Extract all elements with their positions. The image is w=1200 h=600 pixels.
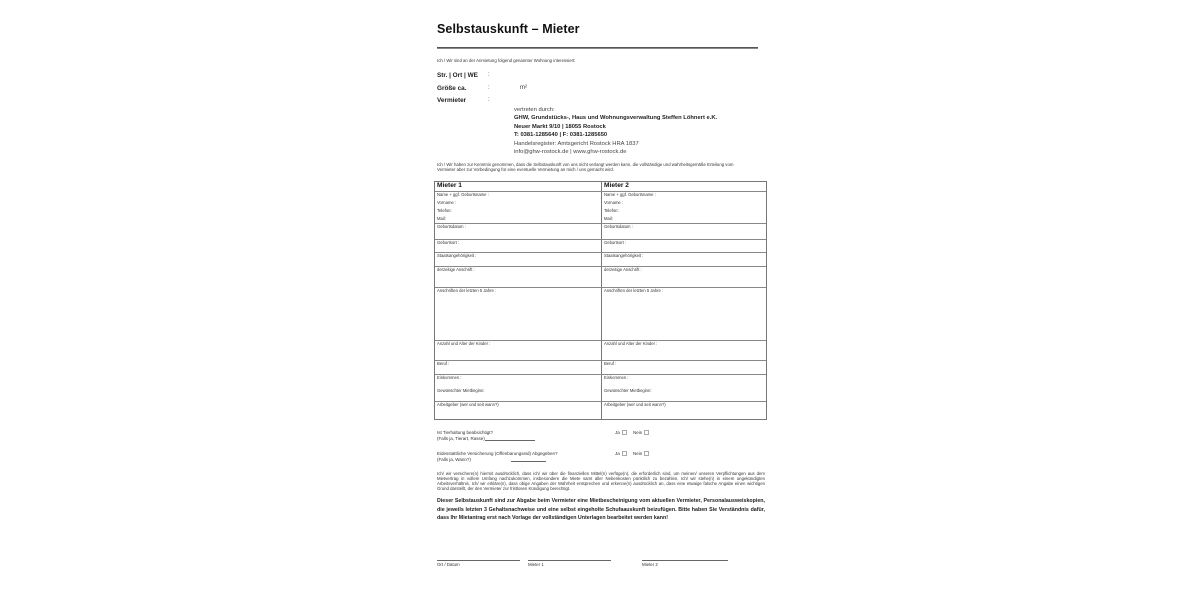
tenant-2-birthplace[interactable]: Geburtsort :	[604, 240, 626, 245]
checkbox-icon[interactable]	[644, 430, 649, 435]
tenant-2-phone[interactable]: Telefon:	[604, 208, 619, 213]
pets-yes-option[interactable]: Ja	[615, 430, 627, 436]
tenant-1-income[interactable]: Einkommen :	[437, 375, 461, 380]
question-pets-sub: (Falls ja, Tierart, Rasse)	[437, 436, 485, 441]
landlord-block: vertreten durch: GHW, Grundstücks-, Haus…	[514, 106, 717, 156]
pets-answer-line[interactable]	[485, 436, 535, 441]
tenant-2-previous-addresses[interactable]: Anschriften der letzten 5 Jahre :	[604, 288, 663, 293]
signature-label-place-date: Ort / Datum	[437, 562, 460, 567]
field-colon: :	[488, 97, 490, 103]
tenant-table: Mieter 1 Name + ggf. Geburtsname : Vorna…	[434, 181, 767, 420]
tenant-2-children[interactable]: Anzahl und Alter der Kinder :	[604, 341, 657, 346]
notice-text: Ich / Wir haben zur Kenntnis genommen, d…	[437, 162, 768, 173]
tenant-1-mail[interactable]: Mail:	[437, 216, 446, 221]
checkbox-icon[interactable]	[644, 451, 649, 456]
affidavit-no-option[interactable]: Nein	[633, 451, 649, 457]
landlord-contact: info@ghw-rostock.de | www.ghw-rostock.de	[514, 148, 717, 156]
yes-label: Ja	[615, 451, 620, 456]
tenant-2-name[interactable]: Name + ggf. Geburtsname :	[604, 192, 656, 197]
size-unit: m²	[520, 85, 527, 91]
tenant-2-column: Mieter 2 Name + ggf. Geburtsname : Vorna…	[602, 182, 768, 419]
tenant-1-current-address[interactable]: derzeitige Anschrift :	[437, 267, 475, 272]
field-colon: :	[488, 85, 490, 91]
pets-no-option[interactable]: Nein	[633, 430, 649, 436]
tenant-1-name[interactable]: Name + ggf. Geburtsname :	[437, 192, 489, 197]
tenant-1-column: Mieter 1 Name + ggf. Geburtsname : Vorna…	[435, 182, 601, 419]
tenant-1-phone[interactable]: Telefon:	[437, 208, 452, 213]
landlord-register: Handelsregister: Amtsgericht Rostock HRA…	[514, 140, 717, 148]
yes-label: Ja	[615, 430, 620, 435]
tenant-2-nationality[interactable]: Staatsangehörigkeit :	[604, 253, 643, 258]
declaration-text: Ich/ wir versichere(n) hiermit ausdrückl…	[437, 471, 765, 491]
field-colon: :	[488, 72, 490, 78]
tenant-2-birthdate[interactable]: Geburtsdatum :	[604, 224, 633, 229]
represented-by: vertreten durch:	[514, 106, 717, 114]
tenant-2-header: Mieter 2	[604, 182, 629, 189]
field-label-size: Größe ca.	[437, 85, 466, 92]
signature-line-place-date[interactable]	[437, 560, 520, 561]
signature-line-tenant-1[interactable]	[528, 560, 611, 561]
question-affidavit: Eidesstattliche Versicherung (Offenbarun…	[437, 451, 558, 462]
tenant-2-current-address[interactable]: derzeitige Anschrift :	[604, 267, 642, 272]
landlord-phone-fax: T: 0381-1285640 | F: 0381-1285650	[514, 131, 717, 139]
form-page: Selbstauskunft – Mieter Ich / Wir sind a…	[437, 0, 768, 600]
question-affidavit-sub: (Falls ja, Wann?)	[437, 457, 471, 462]
tenant-1-move-in[interactable]: Gewünschter Mietbeginn:	[437, 388, 484, 393]
no-label: Nein	[633, 451, 642, 456]
landlord-company: GHW, Grundstücks-, Haus und Wohnungsverw…	[514, 114, 717, 122]
affidavit-answer-line[interactable]	[511, 457, 546, 462]
size-field[interactable]	[497, 84, 517, 92]
affidavit-yes-option[interactable]: Ja	[615, 451, 627, 457]
requirements-text: Dieser Selbstauskunft sind zur Abgabe be…	[437, 497, 765, 523]
field-label-address: Str. | Ort | WE	[437, 72, 478, 79]
tenant-2-mail[interactable]: Mail:	[604, 216, 613, 221]
landlord-address: Neuer Markt 9/10 | 18055 Rostock	[514, 123, 717, 131]
tenant-2-income[interactable]: Einkommen :	[604, 375, 628, 380]
checkbox-icon[interactable]	[622, 451, 627, 456]
tenant-1-firstname[interactable]: Vorname :	[437, 200, 456, 205]
page-title: Selbstauskunft – Mieter	[437, 22, 580, 36]
tenant-1-header: Mieter 1	[437, 182, 462, 189]
tenant-2-occupation[interactable]: Beruf :	[604, 361, 616, 366]
field-label-landlord: Vermieter	[437, 97, 466, 104]
address-field[interactable]	[497, 71, 757, 79]
tenant-1-occupation[interactable]: Beruf :	[437, 361, 449, 366]
tenant-1-birthdate[interactable]: Geburtsdatum :	[437, 224, 466, 229]
tenant-1-children[interactable]: Anzahl und Alter der Kinder :	[437, 341, 490, 346]
intro-text: Ich / Wir sind an der Anmietung folgend …	[437, 58, 575, 63]
title-divider	[437, 47, 758, 49]
signature-label-tenant-1: Mieter 1	[528, 562, 544, 567]
tenant-1-birthplace[interactable]: Geburtsort :	[437, 240, 459, 245]
tenant-2-move-in[interactable]: Gewünschter Mietbeginn:	[604, 388, 651, 393]
tenant-2-employer[interactable]: Arbeitgeber (wer und seit wann?)	[604, 402, 666, 407]
tenant-1-employer[interactable]: Arbeitgeber (wer und seit wann?)	[437, 402, 499, 407]
notice-line: Vermieter aber zur Vorbedingung für eine…	[437, 167, 768, 172]
tenant-1-previous-addresses[interactable]: Anschriften der letzten 5 Jahre :	[437, 288, 496, 293]
checkbox-icon[interactable]	[622, 430, 627, 435]
no-label: Nein	[633, 430, 642, 435]
question-pets: Ist Tierhaltung beabsichtigt? (Falls ja,…	[437, 430, 535, 441]
signature-line-tenant-2[interactable]	[642, 560, 728, 561]
signature-label-tenant-2: Mieter 2	[642, 562, 658, 567]
tenant-1-nationality[interactable]: Staatsangehörigkeit :	[437, 253, 476, 258]
tenant-2-firstname[interactable]: Vorname :	[604, 200, 623, 205]
